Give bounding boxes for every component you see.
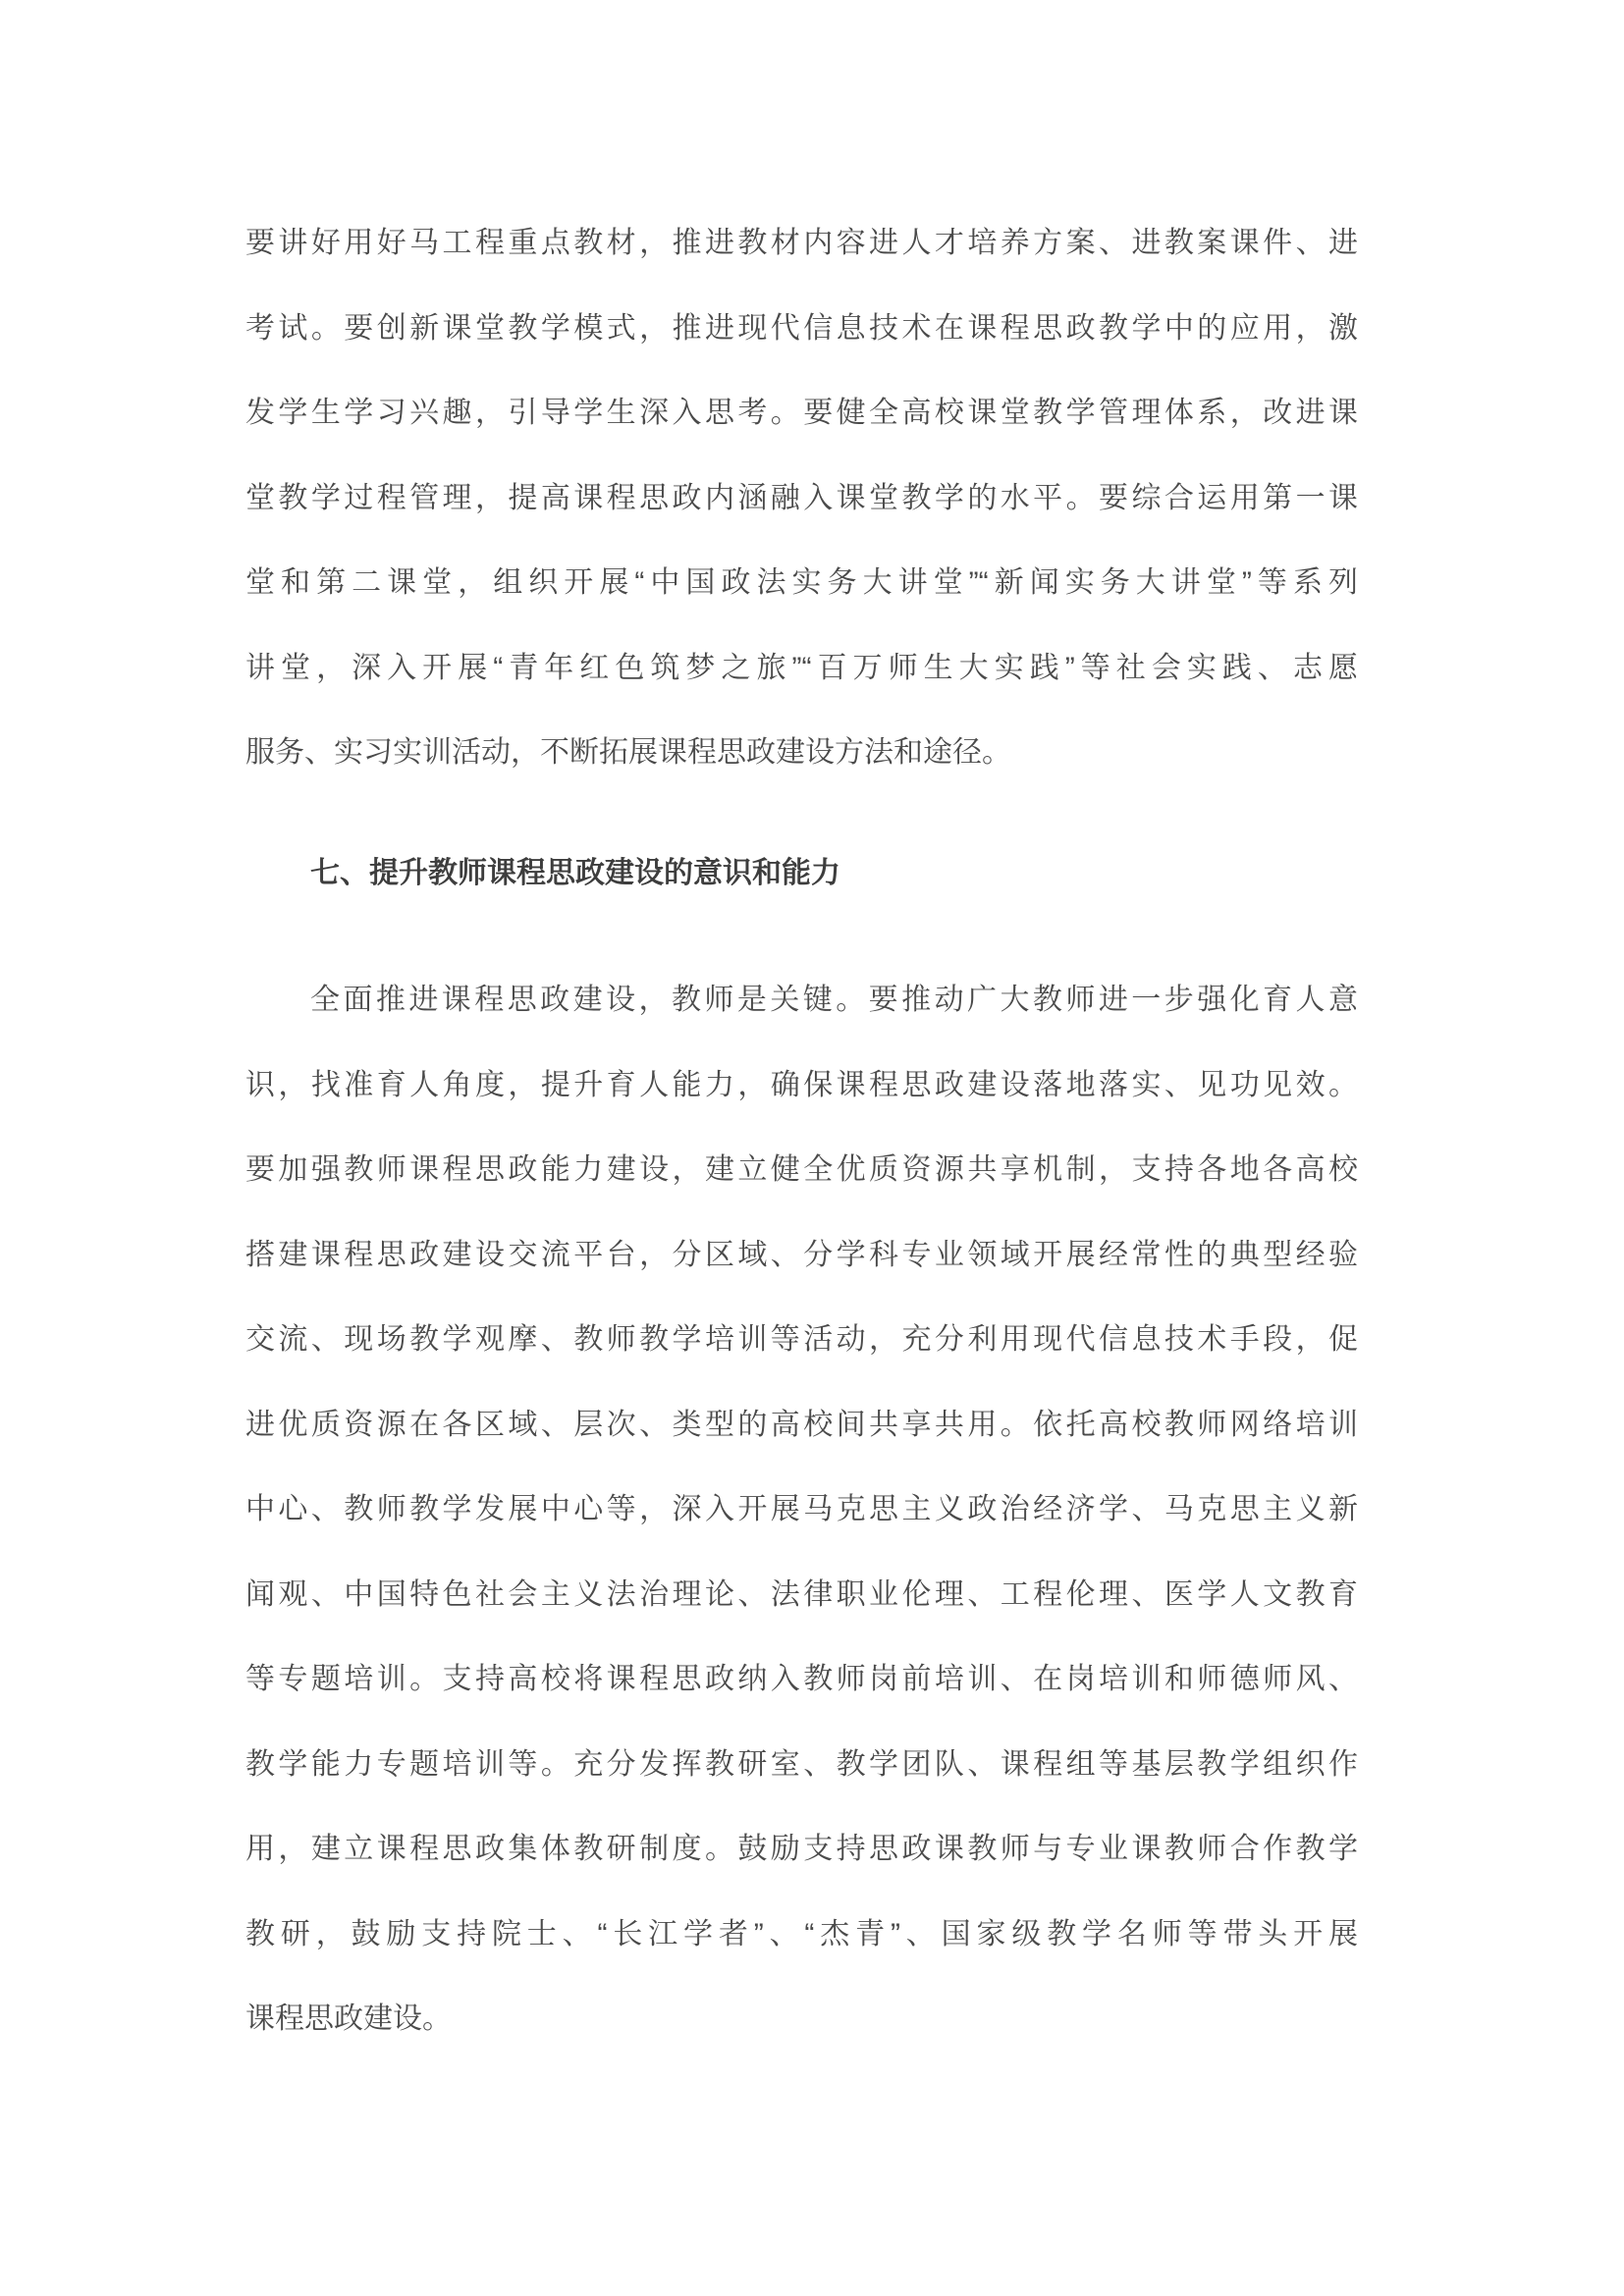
text-line: 要加强教师课程思政能力建设，建立健全优质资源共享机制，支持各地各高校 xyxy=(245,1128,1358,1213)
text-line: 讲堂，深入开展“青年红色筑梦之旅”“百万师生大实践”等社会实践、志愿 xyxy=(245,626,1358,712)
text-line: 识，找准育人角度，提升育人能力，确保课程思政建设落地落实、见功见效。 xyxy=(245,1043,1358,1129)
text-line: 教研，鼓励支持院士、“长江学者”、“杰青”、国家级教学名师等带头开展 xyxy=(245,1893,1358,1978)
paragraph-2: 全面推进课程思政建设，教师是关键。要推动广大教师进一步强化育人意 识，找准育人角… xyxy=(245,958,1358,2062)
text-line: 闻观、中国特色社会主义法治理论、法律职业伦理、工程伦理、医学人文教育 xyxy=(245,1553,1358,1638)
paragraph-1: 要讲好用好马工程重点教材，推进教材内容进人才培养方案、进教案课件、进 考试。要创… xyxy=(245,201,1358,796)
text-line: 用，建立课程思政集体教研制度。鼓励支持思政课教师与专业课教师合作教学 xyxy=(245,1807,1358,1893)
text-line: 教学能力专题培训等。充分发挥教研室、教学团队、课程组等基层教学组织作 xyxy=(245,1723,1358,1808)
text-line: 交流、现场教学观摩、教师教学培训等活动，充分利用现代信息技术手段，促 xyxy=(245,1298,1358,1383)
text-line: 堂和第二课堂，组织开展“中国政法实务大讲堂”“新闻实务大讲堂”等系列 xyxy=(245,541,1358,626)
text-line: 中心、教师教学发展中心等，深入开展马克思主义政治经济学、马克思主义新 xyxy=(245,1468,1358,1553)
text-line: 服务、实习实训活动，不断拓展课程思政建设方法和途径。 xyxy=(245,711,1358,796)
text-line: 课程思政建设。 xyxy=(245,1977,1358,2062)
text-line: 搭建课程思政建设交流平台，分区域、分学科专业领域开展经常性的典型经验 xyxy=(245,1213,1358,1299)
text-line: 进优质资源在各区域、层次、类型的高校间共享共用。依托高校教师网络培训 xyxy=(245,1383,1358,1468)
document-page: 要讲好用好马工程重点教材，推进教材内容进人才培养方案、进教案课件、进 考试。要创… xyxy=(0,0,1624,2296)
text-line: 全面推进课程思政建设，教师是关键。要推动广大教师进一步强化育人意 xyxy=(245,958,1358,1043)
text-line: 考试。要创新课堂教学模式，推进现代信息技术在课程思政教学中的应用，激 xyxy=(245,287,1358,372)
text-line: 等专题培训。支持高校将课程思政纳入教师岗前培训、在岗培训和师德师风、 xyxy=(245,1637,1358,1723)
section-heading: 七、提升教师课程思政建设的意识和能力 xyxy=(245,831,1358,917)
text-line: 要讲好用好马工程重点教材，推进教材内容进人才培养方案、进教案课件、进 xyxy=(245,201,1358,287)
document-text-block: 要讲好用好马工程重点教材，推进教材内容进人才培养方案、进教案课件、进 考试。要创… xyxy=(245,201,1358,2062)
text-line: 发学生学习兴趣，引导学生深入思考。要健全高校课堂教学管理体系，改进课 xyxy=(245,371,1358,456)
text-line: 堂教学过程管理，提高课程思政内涵融入课堂教学的水平。要综合运用第一课 xyxy=(245,456,1358,542)
